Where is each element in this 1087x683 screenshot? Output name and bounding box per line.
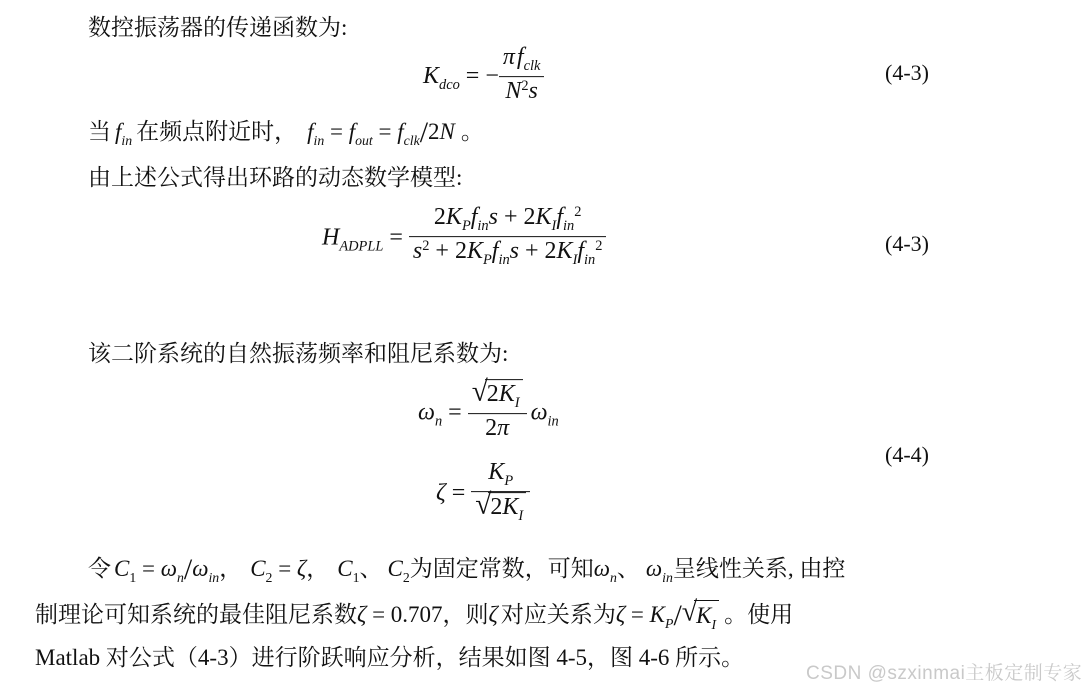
- radical-sign: √: [472, 377, 488, 406]
- math-token: 数控振荡器的传递函数为:: [88, 15, 347, 40]
- math-token: KI: [694, 600, 719, 634]
- math-token: K: [467, 238, 483, 264]
- math-token: √2KI: [468, 379, 527, 413]
- math-token: f: [492, 238, 499, 264]
- math-token: /: [184, 553, 192, 586]
- paragraph-constants-line2: 制理论可知系统的最佳阻尼系数ζ = 0.707，则ζ对应关系为ζ = KP/√K…: [35, 597, 793, 636]
- math-token: 2: [434, 204, 446, 230]
- math-token: in: [498, 252, 509, 268]
- math-token: 2: [595, 238, 602, 254]
- equation-label-4-3-second: (4-3): [885, 231, 929, 257]
- math-token: ，图: [587, 645, 639, 670]
- math-token: out: [355, 133, 373, 148]
- math-token: s: [529, 78, 538, 104]
- math-token: π: [503, 44, 515, 70]
- math-token: 对应关系为: [501, 602, 616, 627]
- math-token: 令: [88, 556, 111, 581]
- math-token: √2KI: [472, 379, 523, 413]
- math-token: in: [548, 414, 559, 430]
- math-token: + 2: [429, 238, 467, 264]
- math-token: 2KI: [485, 379, 523, 413]
- math-token: ω: [531, 399, 548, 425]
- math-token: K: [488, 459, 504, 485]
- math-token: s: [413, 238, 422, 264]
- math-token: C: [337, 556, 352, 581]
- math-token: 2: [574, 204, 581, 220]
- math-token: 2: [485, 415, 497, 441]
- math-token: ,: [788, 556, 800, 581]
- math-token: in: [477, 218, 488, 234]
- math-token: N2s: [499, 76, 544, 106]
- math-token: s: [510, 238, 519, 264]
- math-token: 、: [359, 556, 382, 581]
- math-token: P: [504, 473, 513, 489]
- math-token: 2: [403, 570, 410, 585]
- math-token: π: [497, 415, 509, 441]
- math-token: ω: [161, 556, 177, 581]
- math-token: 为固定常数，可知: [410, 556, 594, 581]
- math-token: K: [502, 494, 518, 520]
- math-token: 2: [521, 78, 528, 94]
- math-token: clk: [404, 133, 420, 148]
- math-token: πfclk: [499, 43, 544, 76]
- math-token: √2KI: [475, 492, 526, 526]
- math-token: dco: [439, 77, 460, 93]
- math-token: =: [136, 556, 160, 581]
- equation-label-4-4: (4-4): [885, 442, 929, 468]
- math-token: + 2: [498, 204, 536, 230]
- math-token: ζ: [436, 480, 446, 506]
- math-token: I: [518, 508, 523, 524]
- paragraph-constants-line3: Matlab 对公式（4-3）进行阶跃响应分析，结果如图 4-5，图 4-6 所…: [35, 643, 744, 673]
- math-token: N: [505, 78, 521, 104]
- equation-hadpll: HADPLL = 2KPfins + 2KIfin2s2 + 2KPfins +…: [322, 206, 606, 272]
- math-token: Matlab: [35, 645, 106, 670]
- math-token: K: [446, 204, 462, 230]
- math-token: 。: [461, 119, 484, 144]
- math-token: ，: [219, 556, 242, 581]
- math-token: in: [208, 570, 219, 585]
- paragraph-dynamic-model-intro: 由上述公式得出环路的动态数学模型:: [88, 163, 462, 193]
- equation-omega-n: ωn = √2KI2πωin: [418, 382, 559, 446]
- math-token: ω: [646, 556, 662, 581]
- csdn-watermark: CSDN @szxinmai主板定制专家: [806, 658, 1082, 683]
- paragraph-fin-condition: 当fin在频点附近时，fin = fout = fclk/2N。: [88, 114, 484, 153]
- math-token: s2 + 2KPfins + 2KIfin2: [409, 236, 607, 270]
- math-token: I: [515, 395, 520, 411]
- math-token: in: [121, 133, 132, 148]
- math-token: s: [489, 204, 498, 230]
- math-token: in: [662, 570, 673, 585]
- math-token: =: [442, 399, 468, 425]
- math-token: N: [440, 119, 455, 144]
- math-token: 制理论可知系统的最佳阻尼系数: [35, 602, 357, 627]
- math-token: f: [517, 44, 524, 70]
- math-token: 4-5: [556, 645, 587, 670]
- math-token: n: [177, 570, 184, 585]
- math-token: in: [584, 252, 595, 268]
- math-token: ω: [192, 556, 208, 581]
- equation-label-4-3-first: (4-3): [885, 60, 929, 86]
- math-token: =: [625, 602, 649, 627]
- math-token: ζ: [297, 556, 306, 581]
- math-token: C: [250, 556, 265, 581]
- math-token: =: [324, 119, 348, 144]
- math-token: n: [610, 570, 617, 585]
- math-token: 由控: [799, 556, 845, 581]
- math-token: =: [272, 556, 296, 581]
- radical-sign: √: [682, 598, 697, 626]
- math-token: 4-6: [639, 645, 670, 670]
- math-token: = 0.707: [366, 602, 442, 627]
- math-token: = −: [460, 63, 499, 89]
- math-token: clk: [524, 58, 541, 74]
- math-token: ，则: [443, 602, 489, 627]
- math-token: 2KPfins + 2KIfin2: [409, 203, 607, 236]
- math-token: 呈线性关系: [673, 556, 788, 581]
- paragraph-second-order-intro: 该二阶系统的自然振荡频率和阻尼系数为:: [88, 339, 508, 369]
- radical-sign: √: [475, 490, 491, 519]
- math-token: ζ: [489, 602, 498, 627]
- math-token: K: [557, 238, 573, 264]
- math-token: 2: [487, 381, 499, 407]
- math-token: ζ: [357, 602, 366, 627]
- math-token: KP√2KI: [471, 458, 530, 525]
- math-token: 2: [428, 119, 440, 144]
- math-token: 由上述公式得出环路的动态数学模型:: [88, 165, 462, 190]
- math-token: f: [471, 204, 478, 230]
- math-token: /: [673, 599, 681, 632]
- math-token: P: [462, 218, 471, 234]
- equation-zeta: ζ = KP√2KI: [436, 461, 530, 528]
- math-token: 所示。: [669, 645, 744, 670]
- math-token: H: [322, 225, 339, 251]
- math-token: ω: [594, 556, 610, 581]
- math-token: 2KI: [488, 492, 526, 526]
- math-token: K: [536, 204, 552, 230]
- math-token: I: [712, 617, 717, 632]
- math-token: K: [499, 381, 515, 407]
- math-token: =: [383, 225, 409, 251]
- math-token: 对公式（4-3）进行阶跃响应分析，结果如图: [106, 645, 556, 670]
- math-token: in: [314, 133, 325, 148]
- math-token: ζ: [616, 602, 625, 627]
- document-page: 数控振荡器的传递函数为: Kdco = −πfclkN2s (4-3) 当fin…: [0, 0, 1087, 683]
- math-token: √2KI2π: [468, 379, 527, 443]
- math-token: 2: [422, 238, 429, 254]
- math-token: =: [446, 480, 472, 506]
- paragraph-constants-line1: 令C1 = ωn/ωin，C2 = ζ，C1、C2为固定常数，可知ωn、ωin呈…: [88, 551, 845, 590]
- math-token: πfclkN2s: [499, 43, 544, 106]
- math-token: =: [373, 119, 397, 144]
- math-token: K: [650, 602, 665, 627]
- math-token: KP: [471, 458, 530, 491]
- math-token: C: [387, 556, 402, 581]
- math-token: ω: [418, 399, 435, 425]
- equation-kdco: Kdco = −πfclkN2s: [423, 46, 544, 109]
- math-token: 。使用: [724, 602, 793, 627]
- math-token: √2KI: [471, 491, 530, 526]
- math-token: in: [563, 218, 574, 234]
- math-token: C: [114, 556, 129, 581]
- math-token: 2KPfins + 2KIfin2s2 + 2KPfins + 2KIfin2: [409, 203, 607, 269]
- math-token: ，: [306, 556, 329, 581]
- math-token: K: [696, 603, 711, 628]
- math-token: /: [420, 116, 428, 149]
- math-token: 、: [617, 556, 640, 581]
- math-token: P: [483, 252, 492, 268]
- math-token: K: [423, 63, 439, 89]
- math-token: 2π: [468, 413, 527, 443]
- math-token: 该二阶系统的自然振荡频率和阻尼系数为:: [88, 341, 508, 366]
- math-token: 2: [490, 494, 502, 520]
- math-token: 在频点附近时，: [136, 119, 297, 144]
- math-token: ADPLL: [339, 239, 383, 255]
- math-token: 当: [88, 119, 111, 144]
- math-token: + 2: [519, 238, 557, 264]
- math-token: √KI: [682, 600, 719, 634]
- paragraph-dco-transfer-intro: 数控振荡器的传递函数为:: [88, 13, 347, 43]
